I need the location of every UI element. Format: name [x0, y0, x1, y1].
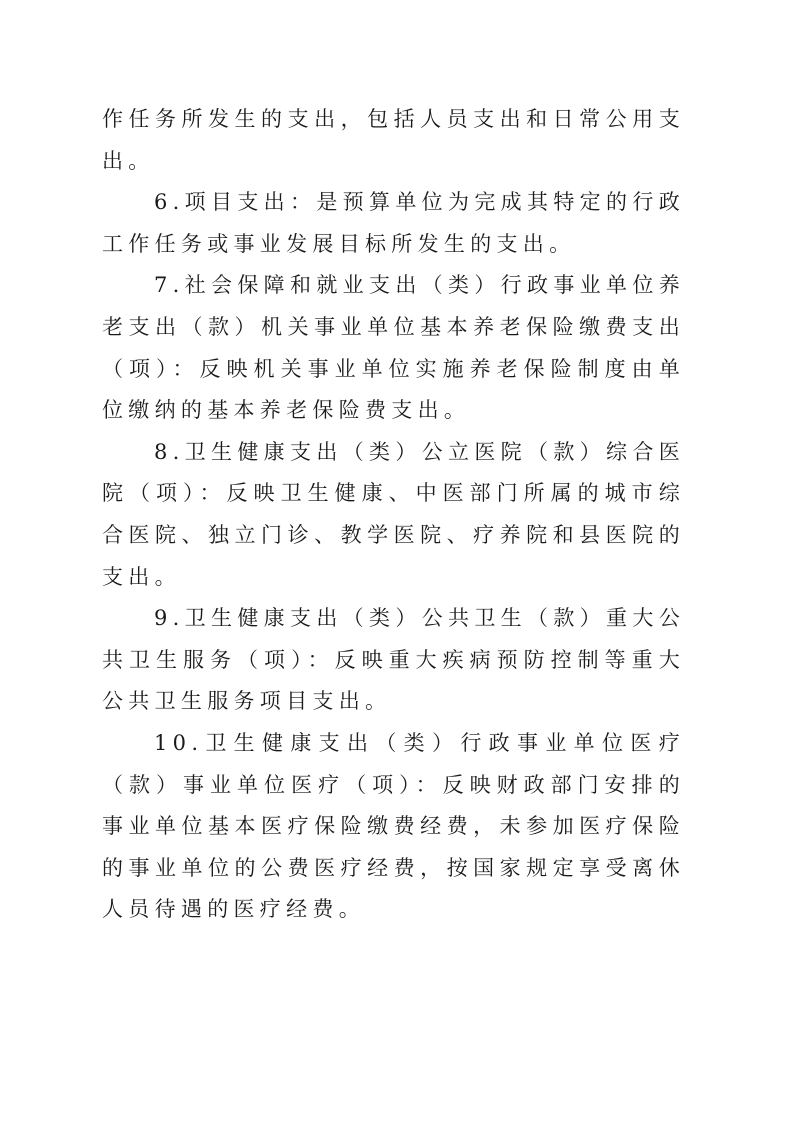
- paragraph-item-6-project-expenditure: 6.项目支出：是预算单位为完成其特定的行政工作任务或事业发展目标所发生的支出。: [102, 182, 685, 265]
- paragraph-item-9-public-health: 9.卫生健康支出（类）公共卫生（款）重大公共卫生服务（项）：反映重大疾病预防控制…: [102, 598, 685, 723]
- paragraph-item-7-pension-insurance: 7.社会保障和就业支出（类）行政事业单位养老支出（款）机关事业单位基本养老保险缴…: [102, 265, 685, 431]
- paragraph-continuation: 作任务所发生的支出，包括人员支出和日常公用支出。: [102, 99, 685, 182]
- paragraph-item-10-medical-expenses: 10.卫生健康支出（类）行政事业单位医疗（款）事业单位医疗（项）：反映财政部门安…: [102, 723, 685, 931]
- paragraph-item-8-general-hospital: 8.卫生健康支出（类）公立医院（款）综合医院（项）：反映卫生健康、中医部门所属的…: [102, 432, 685, 598]
- document-page: 作任务所发生的支出，包括人员支出和日常公用支出。 6.项目支出：是预算单位为完成…: [102, 99, 685, 931]
